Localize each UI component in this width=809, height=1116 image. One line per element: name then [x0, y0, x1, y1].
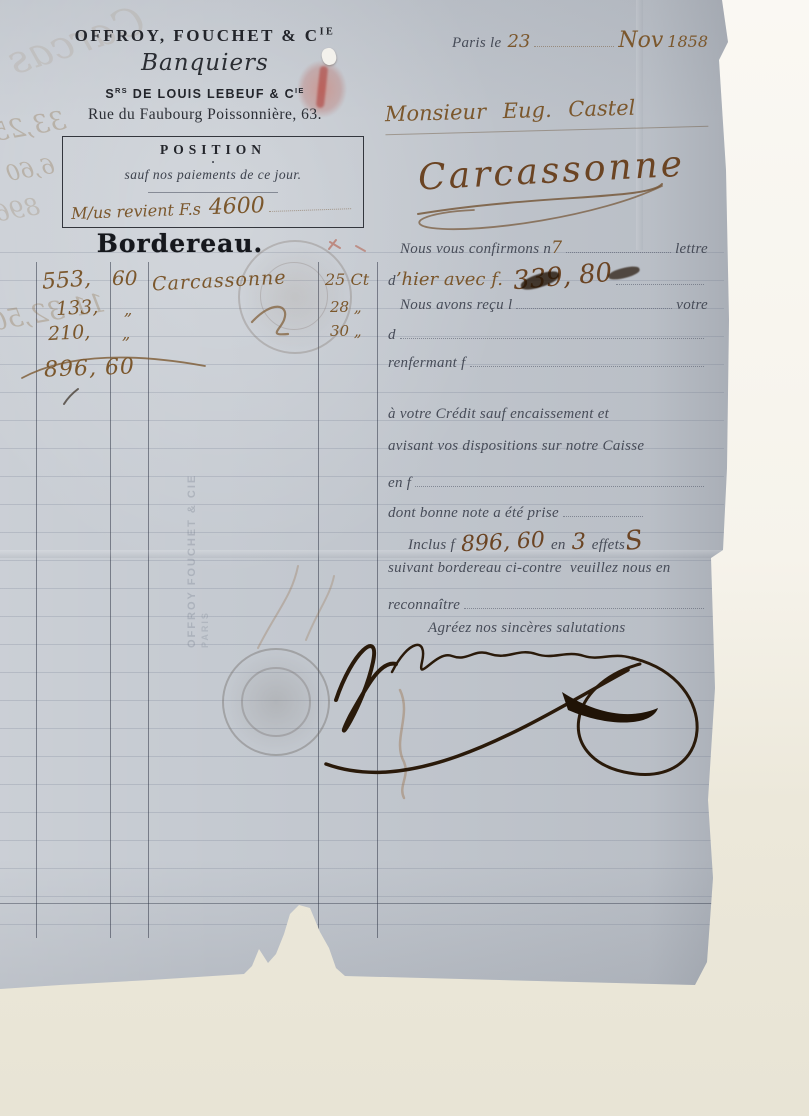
fill-line [464, 592, 704, 609]
position-handwritten-line: M/us revient F.s 4600 [71, 190, 356, 225]
ghost-stamp-line2: PARIS [200, 428, 210, 648]
position-title: POSITION [63, 142, 363, 158]
company-suffix: IE [320, 26, 336, 37]
bleedthrough-number: 6,60 [4, 154, 57, 187]
successors-pre: S [105, 87, 115, 101]
recipient-city: Carcassonne [417, 142, 709, 198]
scanned-letter-scene: OFFROY FOUCHET & CIE PARIS 33,25 6,60 89… [0, 0, 809, 1116]
handwritten-number: 7 [551, 238, 562, 258]
printed-text: d [388, 273, 396, 290]
red-ink-marks [329, 240, 340, 249]
table-column-line [148, 262, 149, 938]
fill-line [516, 292, 672, 309]
row3-amount: 210, [47, 321, 90, 345]
date-year: 1858 [667, 32, 708, 51]
letterhead-company: OFFROY, FOUCHET & CIE [55, 26, 355, 46]
printed-text: reconnaître [388, 597, 460, 614]
d-line: d [388, 322, 708, 344]
handwritten-number: 3 [572, 530, 586, 555]
printed-text: avisant vos dispositions sur notre Caiss… [388, 438, 644, 455]
date-line: Paris le 23 Nov 1858 [452, 28, 708, 53]
handwritten-text: ’hier avec f. [396, 269, 503, 290]
position-note: sauf nos paiements de ce jour. [63, 167, 363, 183]
date-day: 23 [507, 31, 530, 52]
confirm-line: Nous vous confirmons n 7 lettre [400, 236, 708, 258]
printed-text: votre [676, 297, 708, 314]
fill-line [566, 236, 671, 253]
handwritten-amount: 339, 80 [512, 258, 613, 297]
printed-text: Agréez nos sincères salutations [428, 620, 625, 637]
bordereau-total: 896, 60 [44, 354, 136, 382]
bleedthrough-number: 896 [0, 192, 42, 228]
letterhead-banquiers: Banquiers [55, 50, 355, 76]
fill-line [470, 350, 704, 367]
position-written-amount: 4600 [208, 193, 265, 220]
printed-text: en f [388, 475, 411, 492]
row2-amount: 133, [55, 296, 98, 320]
printed-text: effets [592, 537, 625, 554]
row1-due: 25 Ct [325, 270, 369, 289]
row1-cents: 60 [112, 266, 137, 290]
printed-text: Nous avons reçu l [400, 297, 512, 314]
red-ink-marks [356, 246, 365, 251]
ornament-dot: • [63, 158, 363, 167]
date-month: Nov [618, 28, 663, 53]
table-column-line [318, 262, 319, 938]
printed-text: Inclus f [408, 537, 455, 554]
printed-text: d [388, 327, 396, 344]
successors-sup1: RS [115, 86, 128, 95]
fill-line [415, 470, 704, 487]
bordereau-heading: Bordereau. [55, 229, 305, 258]
fill-line [534, 30, 614, 47]
fill-line [563, 500, 643, 517]
company-name: OFFROY, FOUCHET & C [75, 26, 320, 45]
table-bottom-line [0, 903, 720, 904]
printed-text: renfermant f [388, 355, 466, 372]
printed-text: à votre Crédit sauf encaissement et [388, 406, 609, 423]
printed-text: lettre [675, 241, 708, 258]
recipient-name: Monsieur Eug. Castel [385, 94, 709, 135]
letter-body: Paris le 23 Nov 1858 Monsieur Eug. Caste… [380, 0, 720, 700]
credit-line-1: à votre Crédit sauf encaissement et [388, 406, 708, 423]
postmark-stamp-bottom [222, 648, 330, 756]
printed-text: dont bonne note a été prise [388, 505, 559, 522]
reconnaitre-line: reconnaître [388, 592, 708, 614]
inclus-line: Inclus f 896, 60 en 3 effets S [408, 526, 708, 556]
renfermant-line: renfermant f [388, 350, 708, 372]
printed-text: suivant bordereau ci-contre veuillez nou… [388, 560, 671, 577]
letterhead-address: Rue du Faubourg Poissonnière, 63. [55, 106, 355, 124]
credit-line-2: avisant vos dispositions sur notre Caiss… [388, 438, 708, 455]
letter-paper: OFFROY FOUCHET & CIE PARIS 33,25 6,60 89… [0, 0, 737, 998]
row2-cents: „ [124, 300, 132, 319]
printed-text: en [551, 537, 566, 554]
date-printed: Paris le [452, 35, 501, 52]
recu-line: Nous avons reçu l votre [400, 292, 708, 314]
row3-cents: „ [122, 324, 130, 343]
suivant-line: suivant bordereau ci-contre veuillez nou… [388, 560, 708, 577]
salutation-line: Agréez nos sincères salutations [428, 620, 708, 637]
fill-line [268, 192, 351, 212]
row2-due: 28 „ [330, 298, 362, 316]
table-column-line [377, 262, 378, 938]
en-f-line: en f [388, 470, 708, 492]
letterhead-successors: SRS DE LOUIS LEBEUF & CIE [55, 86, 355, 101]
successors-mid: DE LOUIS LEBEUF & C [128, 87, 295, 101]
successors-sup2: IE [295, 86, 305, 95]
fill-line [400, 322, 704, 339]
row3-due: 30 „ [330, 322, 362, 340]
ghost-stamp-line1: OFFROY FOUCHET & CIE [186, 428, 198, 648]
row1-amount: 553, [41, 266, 92, 294]
table-column-line [36, 262, 37, 938]
ghost-company-stamp: OFFROY FOUCHET & CIE PARIS [186, 428, 210, 648]
bonne-note-line: dont bonne note a été prise [388, 500, 708, 522]
printed-text: Nous vous confirmons n [400, 241, 551, 258]
handwritten-flourish: S [623, 525, 645, 557]
position-box: POSITION • sauf nos paiements de ce jour… [62, 136, 364, 228]
handwritten-amount: 896, 60 [460, 528, 545, 557]
position-written-text: M/us revient F.s [71, 199, 201, 223]
